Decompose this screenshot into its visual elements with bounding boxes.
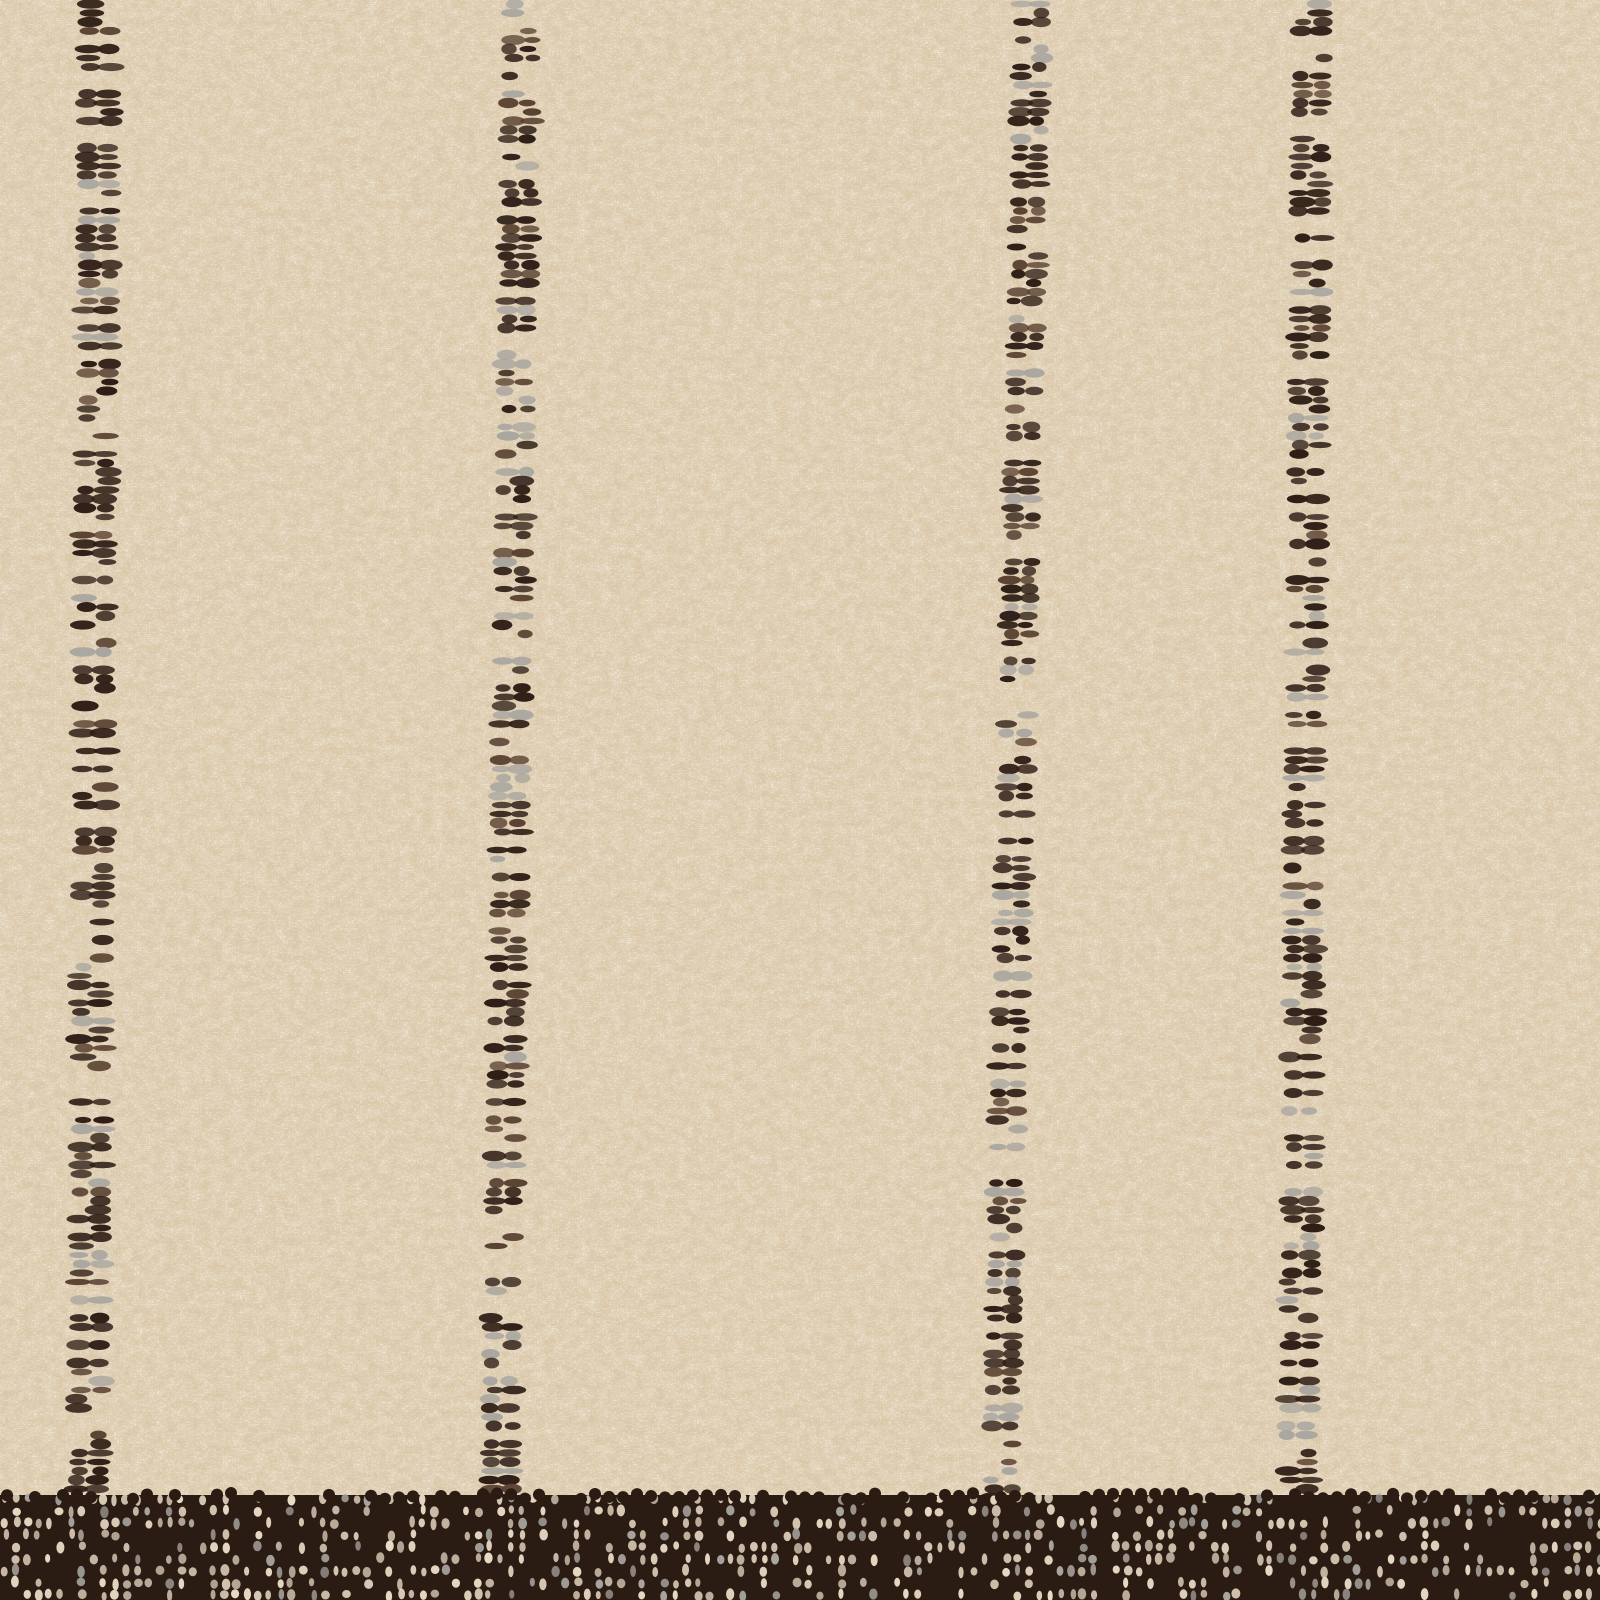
field-grain bbox=[0, 0, 1600, 1600]
bottom-border-band bbox=[0, 1487, 1600, 1600]
rug-texture-canvas bbox=[0, 0, 1600, 1600]
rug-texture-image: Woven rug texture bbox=[0, 0, 1600, 1600]
